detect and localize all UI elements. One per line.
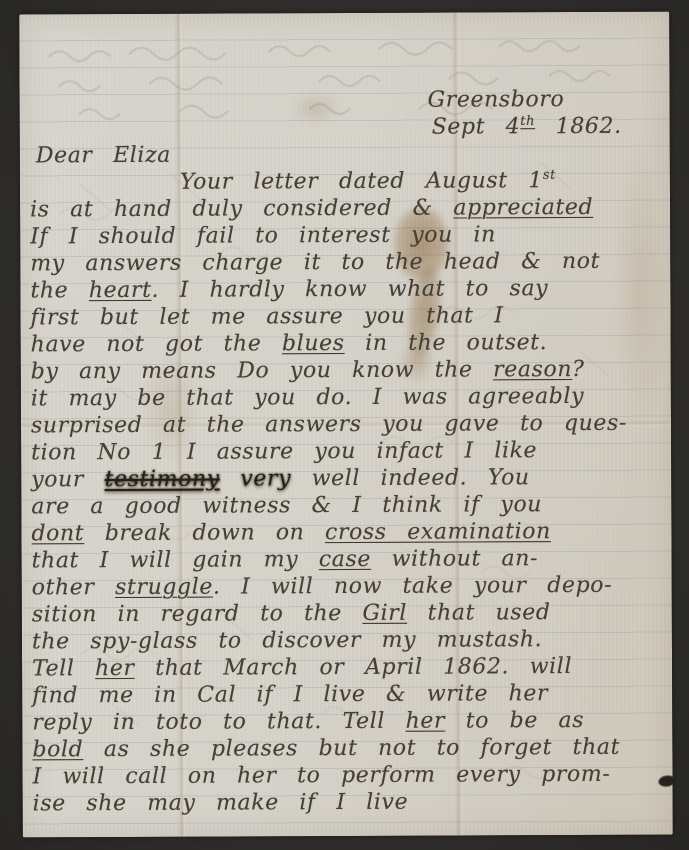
- letter-line: tion No 1 I assure you infact I like: [31, 437, 663, 467]
- letter-line: reply in toto to that. Tell her to be as: [32, 707, 664, 737]
- letter-line: by any means Do you know the reason?: [31, 356, 663, 386]
- letter-line: dont break down on cross examination: [31, 518, 663, 548]
- letter-word: If I should fail to interest you in: [30, 222, 496, 249]
- letter-word: Greensboro: [428, 87, 565, 113]
- letter-line: it may be that you do. I was agreeably: [31, 383, 663, 413]
- letter-word: . I will now take your depo-: [213, 573, 612, 600]
- letter-line: is at hand duly considered & appreciated: [30, 194, 662, 224]
- letter-word: Tell: [32, 656, 95, 681]
- letter-word: the: [30, 278, 89, 303]
- letter-word-underlined: her: [406, 709, 446, 734]
- letter-word-underlined: cross examination: [325, 519, 551, 545]
- letter-word: your: [31, 467, 104, 492]
- letter-word: [220, 466, 241, 491]
- letter-word: . I hardly know what to say: [151, 276, 548, 303]
- letter-word: ?: [572, 357, 585, 382]
- letter-line: sition in regard to the Girl that used: [32, 599, 664, 629]
- letter-word-underlined: case: [319, 547, 371, 572]
- letter-word: Sept 4: [432, 114, 521, 139]
- letter-word-underlined: struggle: [115, 575, 213, 600]
- letter-word-underlined: reason: [493, 357, 572, 382]
- letter-word-underlined: bold: [32, 737, 83, 762]
- letter-line: the spy-glass to discover my mustash.: [32, 626, 664, 656]
- place-line: Greensboro: [428, 86, 662, 114]
- letter-word: have not got the: [31, 331, 282, 357]
- letter-word: st: [543, 168, 556, 183]
- letter-line: first but let me assure you that I: [30, 302, 662, 332]
- letter-word: surprised at the answers you gave to que…: [31, 411, 627, 439]
- letter-line: Tell her that March or April 1862. will: [32, 653, 664, 683]
- letter-line: have not got the blues in the outset.: [31, 329, 663, 359]
- letter-word: it may be that you do. I was agreeably: [31, 384, 584, 411]
- letter-word-underlined: heart: [89, 278, 152, 303]
- letter-word: break down on: [84, 520, 325, 546]
- letter-word: the spy-glass to discover my mustash.: [32, 627, 542, 654]
- letter-line: If I should fail to interest you in: [30, 221, 662, 251]
- letter-word: ise she may make if I live: [33, 790, 409, 817]
- date-line: Sept 4th 1862.: [432, 113, 662, 141]
- letter-word: other: [32, 575, 115, 600]
- letter-word-underlined: appreciated: [453, 195, 593, 221]
- letter-word-underlined: dont: [31, 521, 84, 546]
- letter-line: I will call on her to perform every prom…: [32, 761, 664, 791]
- letter-line: surprised at the answers you gave to que…: [31, 410, 663, 440]
- letter-word: as she pleases but not to forget that: [83, 735, 620, 762]
- letter-line: my answers charge it to the head & not: [30, 248, 662, 278]
- letter-word: Your letter dated August 1: [180, 168, 543, 195]
- letter-word: reply in toto to that. Tell: [32, 709, 405, 736]
- letter-word: I will call on her to perform every prom…: [32, 762, 610, 790]
- letter-word-underlined: testimony: [105, 467, 220, 493]
- letter-line: that I will gain my case without an-: [32, 545, 664, 575]
- letter-line: the heart. I hardly know what to say: [30, 275, 662, 305]
- letter-line: other struggle. I will now take your dep…: [32, 572, 664, 602]
- letter-line: are a good witness & I think if you: [31, 491, 663, 521]
- letter-word: that used: [407, 600, 551, 626]
- letter-word: by any means Do you know the: [31, 357, 493, 384]
- letter-word: first but let me assure you that I: [30, 303, 503, 330]
- letter-body: GreensboroSept 4th 1862.Dear ElizaYour l…: [30, 86, 665, 818]
- letter-word: tion No 1 I assure you infact I like: [31, 438, 537, 465]
- letter-paper: GreensboroSept 4th 1862.Dear ElizaYour l…: [19, 12, 673, 838]
- letter-line: ise she may make if I live: [33, 788, 665, 818]
- letter-word: to be as: [445, 708, 584, 734]
- letter-word: very: [240, 466, 291, 491]
- salutation-line: Dear Eliza: [36, 140, 662, 170]
- letter-line: your testimony very well indeed. You: [31, 464, 663, 494]
- letter-word-underlined: th: [520, 114, 535, 129]
- letter-line: bold as she pleases but not to forget th…: [32, 734, 664, 764]
- letter-line: find me in Cal if I live & write her: [32, 680, 664, 710]
- letter-word-underlined: blues: [282, 331, 345, 356]
- letter-word: well indeed. You: [291, 465, 530, 491]
- letter-word: 1862.: [535, 114, 622, 139]
- letter-word: that March or April 1862. will: [135, 654, 573, 681]
- letter-word: that I will gain my: [32, 547, 319, 573]
- letter-word: sition in regard to the: [32, 601, 363, 627]
- letter-word: my answers charge it to the head & not: [30, 249, 600, 276]
- letter-word-underlined: Girl: [362, 601, 407, 626]
- ink-blot: [659, 776, 675, 787]
- letter-word: Dear Eliza: [36, 143, 171, 169]
- letter-word-underlined: her: [95, 656, 135, 681]
- letter-line: Your letter dated August 1st: [180, 167, 662, 196]
- letter-word: find me in Cal if I live & write her: [32, 681, 548, 708]
- letter-word: are a good witness & I think if you: [31, 492, 542, 519]
- letter-word: is at hand duly considered &: [30, 196, 453, 223]
- letter-word: in the outset.: [345, 330, 548, 356]
- letter-word: without an-: [371, 546, 538, 572]
